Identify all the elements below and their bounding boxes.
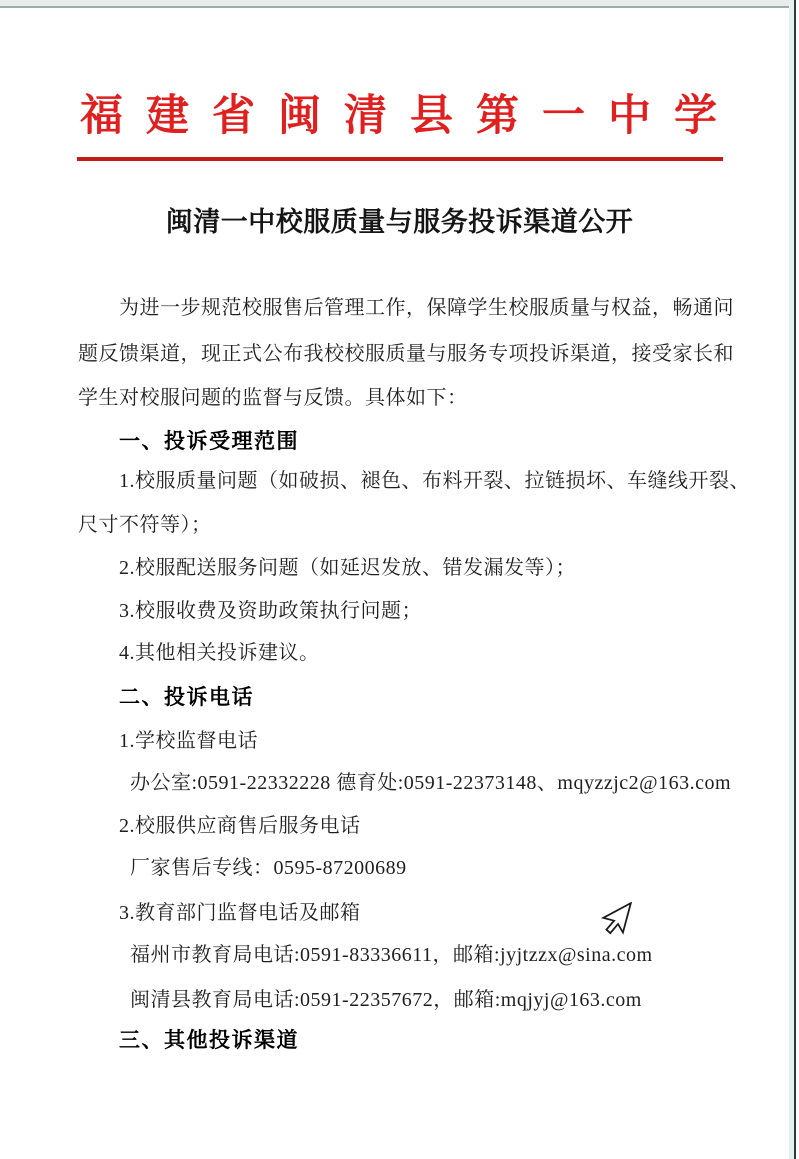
list-item: 4.其他相关投诉建议。 [119, 640, 320, 666]
paragraph-line: 学生对校服问题的监督与反馈。具体如下： [78, 385, 468, 411]
list-item: 2.校服供应商售后服务电话 [119, 813, 361, 839]
list-item: 3.教育部门监督电话及邮箱 [119, 900, 361, 926]
document-page: 福建省闽清县第一中学 闽清一中校服质量与服务投诉渠道公开 为进一步规范校服售后管… [0, 0, 799, 1159]
contact-detail: 福州市教育局电话:0591-83336611，邮箱:jyjtzzx@sina.c… [130, 942, 653, 968]
contact-detail: 厂家售后专线：0595-87200689 [130, 855, 407, 881]
contact-detail: 办公室:0591-22332228 德育处:0591-22373148、mqyz… [130, 770, 731, 796]
contact-detail: 闽清县教育局电话:0591-22357672，邮箱:mqjyj@163.com [130, 987, 642, 1013]
letterhead-divider [77, 157, 723, 161]
school-name: 福建省闽清县第一中学 [80, 93, 740, 141]
document-viewer: 福建省闽清县第一中学 闽清一中校服质量与服务投诉渠道公开 为进一步规范校服售后管… [0, 0, 799, 1159]
section-heading-1: 一、投诉受理范围 [119, 429, 299, 455]
paragraph-line: 题反馈渠道，现正式公布我校校服质量与服务专项投诉渠道，接受家长和 [78, 341, 734, 367]
section-heading-2: 二、投诉电话 [119, 685, 254, 711]
list-item: 1.校服质量问题（如破损、褪色、布料开裂、拉链损坏、车缝线开裂、 [119, 468, 750, 494]
list-item: 1.学校监督电话 [119, 728, 258, 754]
document-title: 闽清一中校服质量与服务投诉渠道公开 [0, 206, 799, 238]
section-heading-3: 三、其他投诉渠道 [119, 1028, 299, 1054]
list-item-wrap: 尺寸不符等）； [78, 512, 212, 538]
paragraph-line: 为进一步规范校服售后管理工作，保障学生校服质量与权益，畅通问 [119, 295, 734, 321]
list-item: 2.校服配送服务问题（如延迟发放、错发漏发等）； [119, 555, 576, 581]
list-item: 3.校服收费及资助政策执行问题； [119, 598, 422, 624]
